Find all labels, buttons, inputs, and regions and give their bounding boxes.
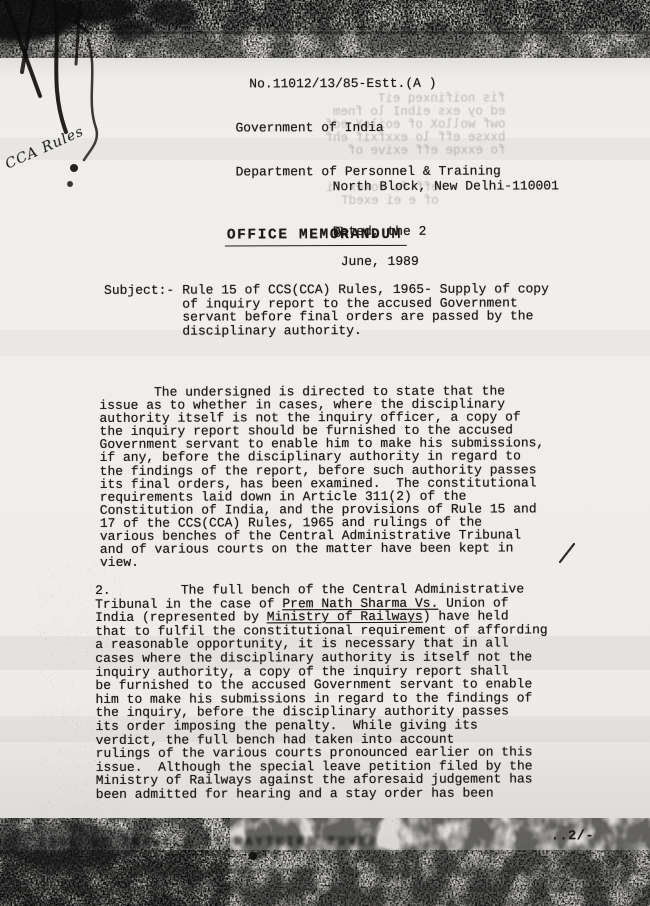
smudged-stamp-text: LSSE UT TRAVELS IT RAYTHIRS TUVER — [39, 834, 379, 850]
bleed-line: of e ei exedT — [249, 195, 439, 209]
memo-title: OFFICE MEMORANDUM — [225, 227, 407, 247]
reference-number: No.11012/13/85-Estt.(A ) — [249, 77, 500, 92]
handwritten-margin-note: CCA Rules — [3, 123, 87, 172]
bleed-through-text-lower: eff fo eoxex fi of e ei exedT — [249, 182, 439, 209]
body-paragraph-1: The undersigned is directed to state tha… — [99, 384, 600, 569]
subject-label: Subject:- — [104, 284, 174, 339]
subject-block: Subject:- Rule 15 of CCS(CCA) Rules, 196… — [104, 282, 594, 338]
para2-text: ) have held that to fulfil the constitut… — [95, 609, 548, 802]
typed-text-layer: CCA Rules No.11012/13/85-Estt.(A ) Gover… — [0, 0, 650, 906]
page-continuation-marker: ..2/- — [551, 829, 594, 844]
place-date-block: North Block, New Delhi-110001 Dated, the… — [333, 148, 560, 299]
subject-text: Rule 15 of CCS(CCA) Rules, 1965- Supply … — [182, 282, 549, 338]
body-paragraph-2: 2. The full bench of the Central Adminis… — [95, 582, 601, 801]
scanned-memo-page: CCA Rules No.11012/13/85-Estt.(A ) Gover… — [0, 0, 650, 906]
